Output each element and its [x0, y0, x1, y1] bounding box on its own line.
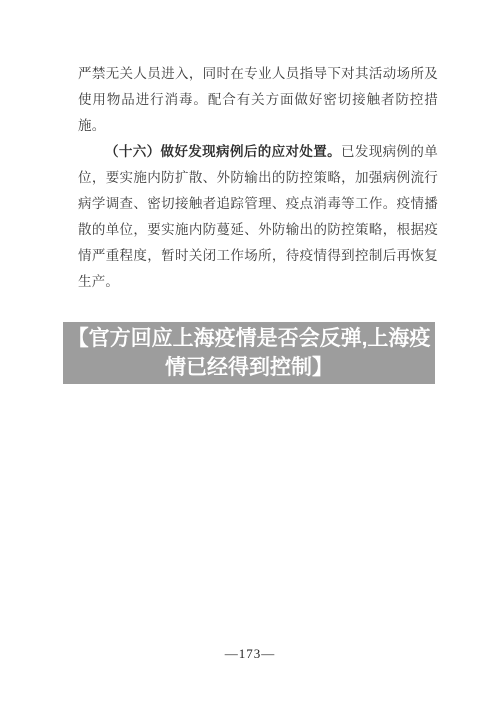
paragraph-continuation: 严禁无关人员进入，同时在专业人员指导下对其活动场所及使用物品进行消毒。配合有关方…: [78, 61, 438, 139]
section-heading-bold: （十六）做好发现病例后的应对处置。: [105, 144, 341, 159]
body-text-block: 严禁无关人员进入，同时在专业人员指导下对其活动场所及使用物品进行消毒。配合有关方…: [78, 61, 438, 295]
page-number: —173—: [0, 646, 500, 662]
paragraph-section-16: （十六）做好发现病例后的应对处置。已发现病例的单位，要实施内防扩散、外防输出的防…: [78, 139, 438, 295]
document-page: 严禁无关人员进入，同时在专业人员指导下对其活动场所及使用物品进行消毒。配合有关方…: [0, 0, 500, 707]
section-body-text: 已发现病例的单位，要实施内防扩散、外防输出的防控策略，加强病例流行病学调查、密切…: [78, 144, 438, 289]
paragraph-continuation-text: 严禁无关人员进入，同时在专业人员指导下对其活动场所及使用物品进行消毒。配合有关方…: [78, 66, 438, 133]
highlighted-title-banner: 【官方回应上海疫情是否会反弹,上海疫情已经得到控制】: [63, 322, 435, 384]
highlighted-title-text: 【官方回应上海疫情是否会反弹,上海疫情已经得到控制】: [67, 324, 431, 382]
